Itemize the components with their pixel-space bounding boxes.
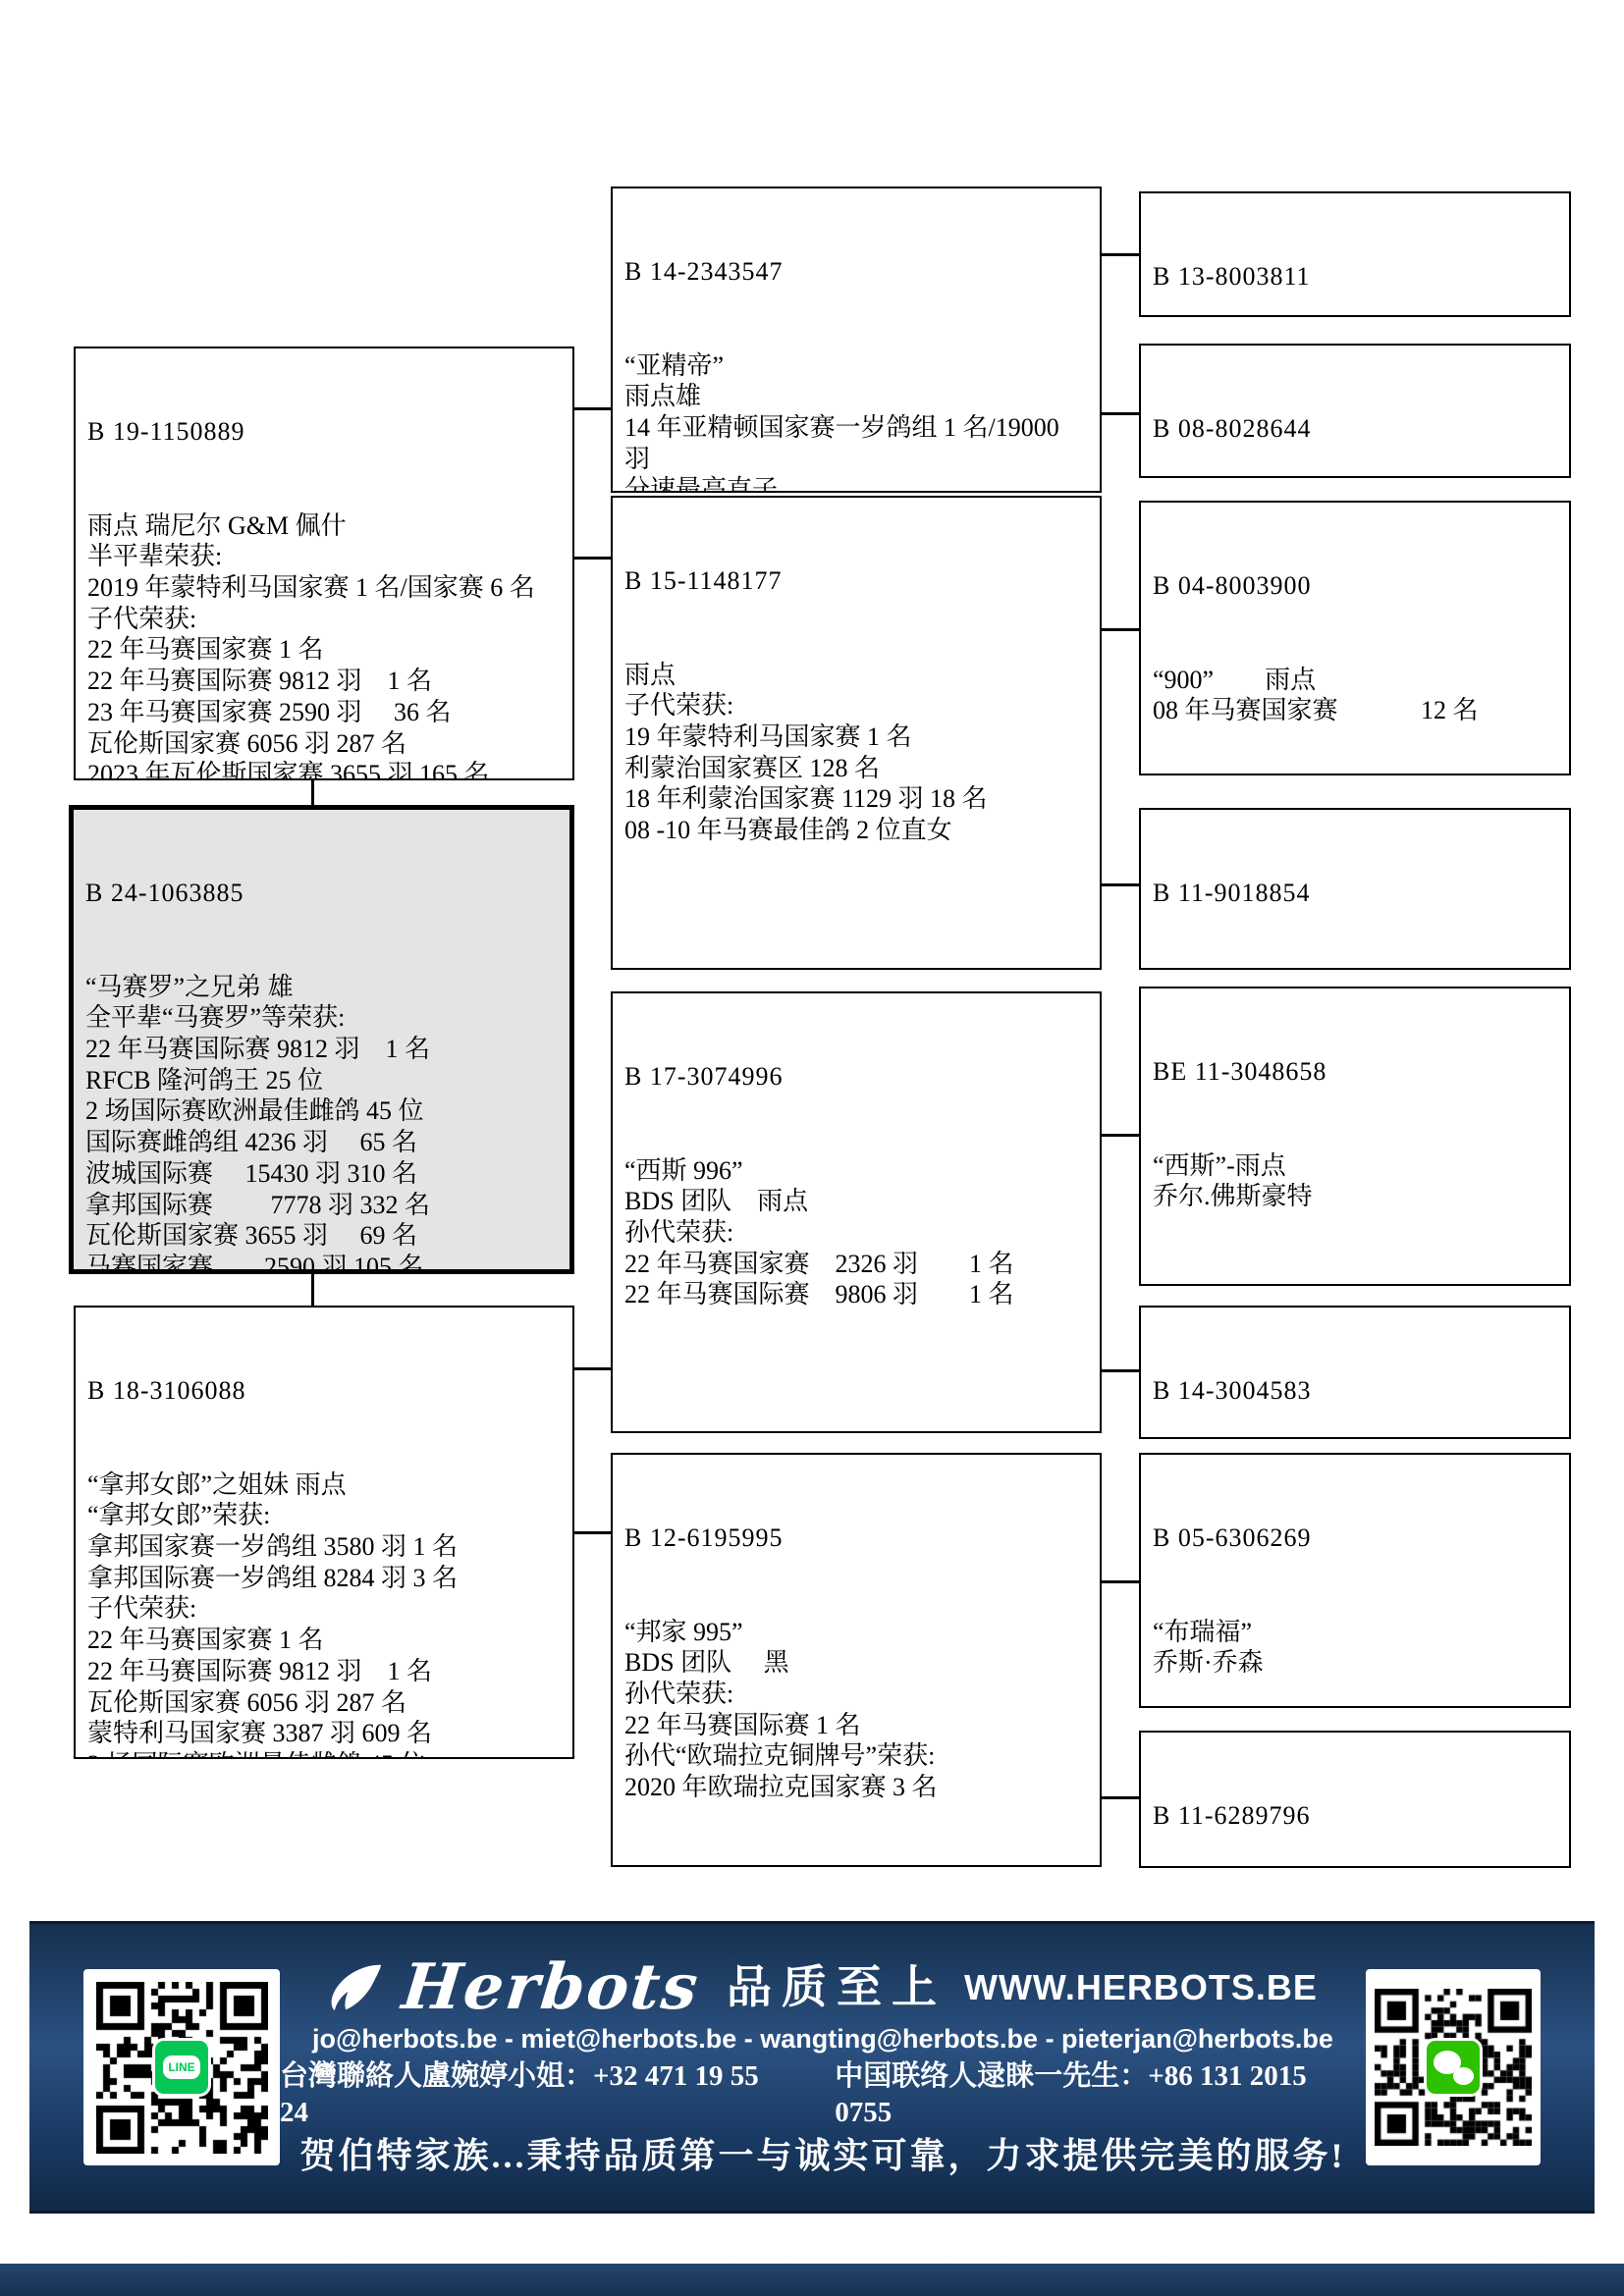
ring-number: B 15-1148177 xyxy=(624,565,1088,597)
box-details: 雨点 子代荣获: 19 年蒙特利马国家赛 1 名 利蒙治国家赛区 128 名 1… xyxy=(624,660,1088,846)
connector-line xyxy=(574,557,611,560)
connector-line xyxy=(1102,1369,1139,1372)
box-sire-dam: B 15-1148177 雨点 子代荣获: 19 年蒙特利马国家赛 1 名 利蒙… xyxy=(611,496,1102,970)
box-details: “西斯”-雨点 乔尔.佛斯豪特 xyxy=(1153,1150,1557,1212)
bottom-border-strip xyxy=(0,2264,1624,2296)
box-details: “拿邦女郎”之姐妹 雨点 “拿邦女郎”荣获: 拿邦国家赛一岁鸽组 3580 羽 … xyxy=(87,1469,561,1759)
box-ggp-8: B 11-6289796 “波品纳国际赛 3 名”回血 乔斯·乔森 xyxy=(1139,1731,1571,1868)
ring-number: B 19-1150889 xyxy=(87,416,561,448)
connector-line xyxy=(574,1531,611,1534)
footer-slogan: 贺伯特家族...秉持品质第一与诚实可靠，力求提供完美的服务! xyxy=(300,2134,1346,2178)
line-icon: LINE xyxy=(152,2038,211,2097)
connector-line xyxy=(1102,253,1139,256)
brand-logo: Herbots xyxy=(400,1956,703,2019)
box-details: 雨点 瑞尼尔 G&M 佩什 半平辈荣获: 2019 年蒙特利马国家赛 1 名/国… xyxy=(87,510,561,780)
ring-number: B 04-8003900 xyxy=(1153,570,1557,602)
contact-row: 台灣聯絡人盧婉婷小姐：+32 471 19 55 24 中国联络人逯睐一先生：+… xyxy=(280,2058,1366,2132)
email-addresses[interactable]: jo@herbots.be - miet@herbots.be - wangti… xyxy=(312,2023,1333,2056)
wechat-qr-code xyxy=(1366,1969,1541,2165)
box-ggp-1: B 13-8003811 “亚精顿” 雨点 14 年亚精顿国家赛一岁鸽组 1 名 xyxy=(1139,191,1571,317)
box-details: “亚精帝” 雨点雄 14 年亚精顿国家赛一岁鸽组 1 名/19000 羽 分速最… xyxy=(624,350,1088,493)
connector-line xyxy=(1102,1796,1139,1799)
brand-tagline: 品质至上 xyxy=(727,1965,947,2010)
box-details: “西斯 996” BDS 团队 雨点 孙代荣获: 22 年马赛国家赛 2326 … xyxy=(624,1155,1088,1311)
ring-number: BE 11-3048658 xyxy=(1153,1056,1557,1088)
footer-content: Herbots 品质至上 WWW.HERBOTS.BE jo@herbots.b… xyxy=(280,1956,1366,2178)
ring-number: B 18-3106088 xyxy=(87,1375,561,1407)
box-ggp-5: BE 11-3048658 “西斯”-雨点 乔尔.佛斯豪特 xyxy=(1139,987,1571,1286)
feather-icon xyxy=(328,1962,385,2013)
ring-number: B 05-6306269 xyxy=(1153,1522,1557,1554)
box-dam-dam: B 12-6195995 “邦家 995” BDS 团队 黑 孙代荣获: 22 … xyxy=(611,1453,1102,1867)
box-ggp-2: B 08-8028644 子代荣获: 亚精顿国家赛一岁鸽组 8 名 xyxy=(1139,344,1571,478)
box-sire-sire: B 14-2343547 “亚精帝” 雨点雄 14 年亚精顿国家赛一岁鸽组 1 … xyxy=(611,187,1102,493)
box-dam-sire: B 17-3074996 “西斯 996” BDS 团队 雨点 孙代荣获: 22… xyxy=(611,991,1102,1433)
ring-number: B 24-1063885 xyxy=(85,878,558,909)
pedigree-page: B 19-1150889 雨点 瑞尼尔 G&M 佩什 半平辈荣获: 2019 年… xyxy=(0,0,1624,2296)
brand-row: Herbots 品质至上 WWW.HERBOTS.BE xyxy=(328,1956,1318,2019)
connector-line xyxy=(311,780,314,805)
connector-line xyxy=(1102,883,1139,886)
connector-line xyxy=(1102,628,1139,631)
website-url[interactable]: WWW.HERBOTS.BE xyxy=(964,1970,1318,2005)
box-details: “邦家 995” BDS 团队 黑 孙代荣获: 22 年马赛国际赛 1 名 孙代… xyxy=(624,1617,1088,1803)
connector-line xyxy=(1102,412,1139,415)
box-dam: B 18-3106088 “拿邦女郎”之姐妹 雨点 “拿邦女郎”荣获: 拿邦国家… xyxy=(74,1306,574,1759)
ring-number: B 13-8003811 xyxy=(1153,261,1557,293)
box-ggp-4: B 11-9018854 “雨点德帕斯” 雨点 德帕斯-拉德诺耶使翔 子代荣获:… xyxy=(1139,808,1571,970)
ring-number: B 11-9018854 xyxy=(1153,878,1557,909)
footer-banner: LINE Herbots 品质至上 WWW.HERBOTS.BE jo@herb… xyxy=(29,1921,1595,2214)
ring-number: B 17-3074996 xyxy=(624,1061,1088,1093)
box-sire: B 19-1150889 雨点 瑞尼尔 G&M 佩什 半平辈荣获: 2019 年… xyxy=(74,347,574,780)
connector-line xyxy=(311,1274,314,1306)
box-details: “布瑞福” 乔斯·乔森 xyxy=(1153,1617,1557,1679)
connector-line xyxy=(574,407,611,410)
box-details: “马赛罗”之兄弟 雄 全平辈“马赛罗”等荣获: 22 年马赛国际赛 9812 羽… xyxy=(85,972,558,1274)
contact-taiwan: 台灣聯絡人盧婉婷小姐：+32 471 19 55 24 xyxy=(280,2058,789,2132)
box-ggp-7: B 05-6306269 “布瑞福” 乔斯·乔森 xyxy=(1139,1453,1571,1708)
ring-number: B 12-6195995 xyxy=(624,1522,1088,1554)
ring-number: B 08-8028644 xyxy=(1153,413,1557,445)
box-ggp-3: B 04-8003900 “900” 雨点 08 年马赛国家赛 12 名 xyxy=(1139,501,1571,775)
line-qr-code: LINE xyxy=(83,1969,280,2165)
connector-line xyxy=(574,1367,611,1370)
box-subject: B 24-1063885 “马赛罗”之兄弟 雄 全平辈“马赛罗”等荣获: 22 … xyxy=(69,805,574,1274)
ring-number: B 11-6289796 xyxy=(1153,1800,1557,1832)
connector-line xyxy=(1102,1134,1139,1137)
ring-number: B 14-3004583 xyxy=(1153,1375,1557,1407)
connector-line xyxy=(1102,1580,1139,1583)
line-icon-label: LINE xyxy=(163,2056,199,2079)
ring-number: B 14-2343547 xyxy=(624,256,1088,288)
box-details: “900” 雨点 08 年马赛国家赛 12 名 xyxy=(1153,665,1557,726)
wechat-icon xyxy=(1424,2038,1483,2097)
box-ggp-6: B 14-3004583 “阿龙” 乔尔.佛斯豪特 xyxy=(1139,1306,1571,1439)
contact-china: 中国联络人逯睐一先生：+86 131 2015 0755 xyxy=(835,2058,1366,2132)
